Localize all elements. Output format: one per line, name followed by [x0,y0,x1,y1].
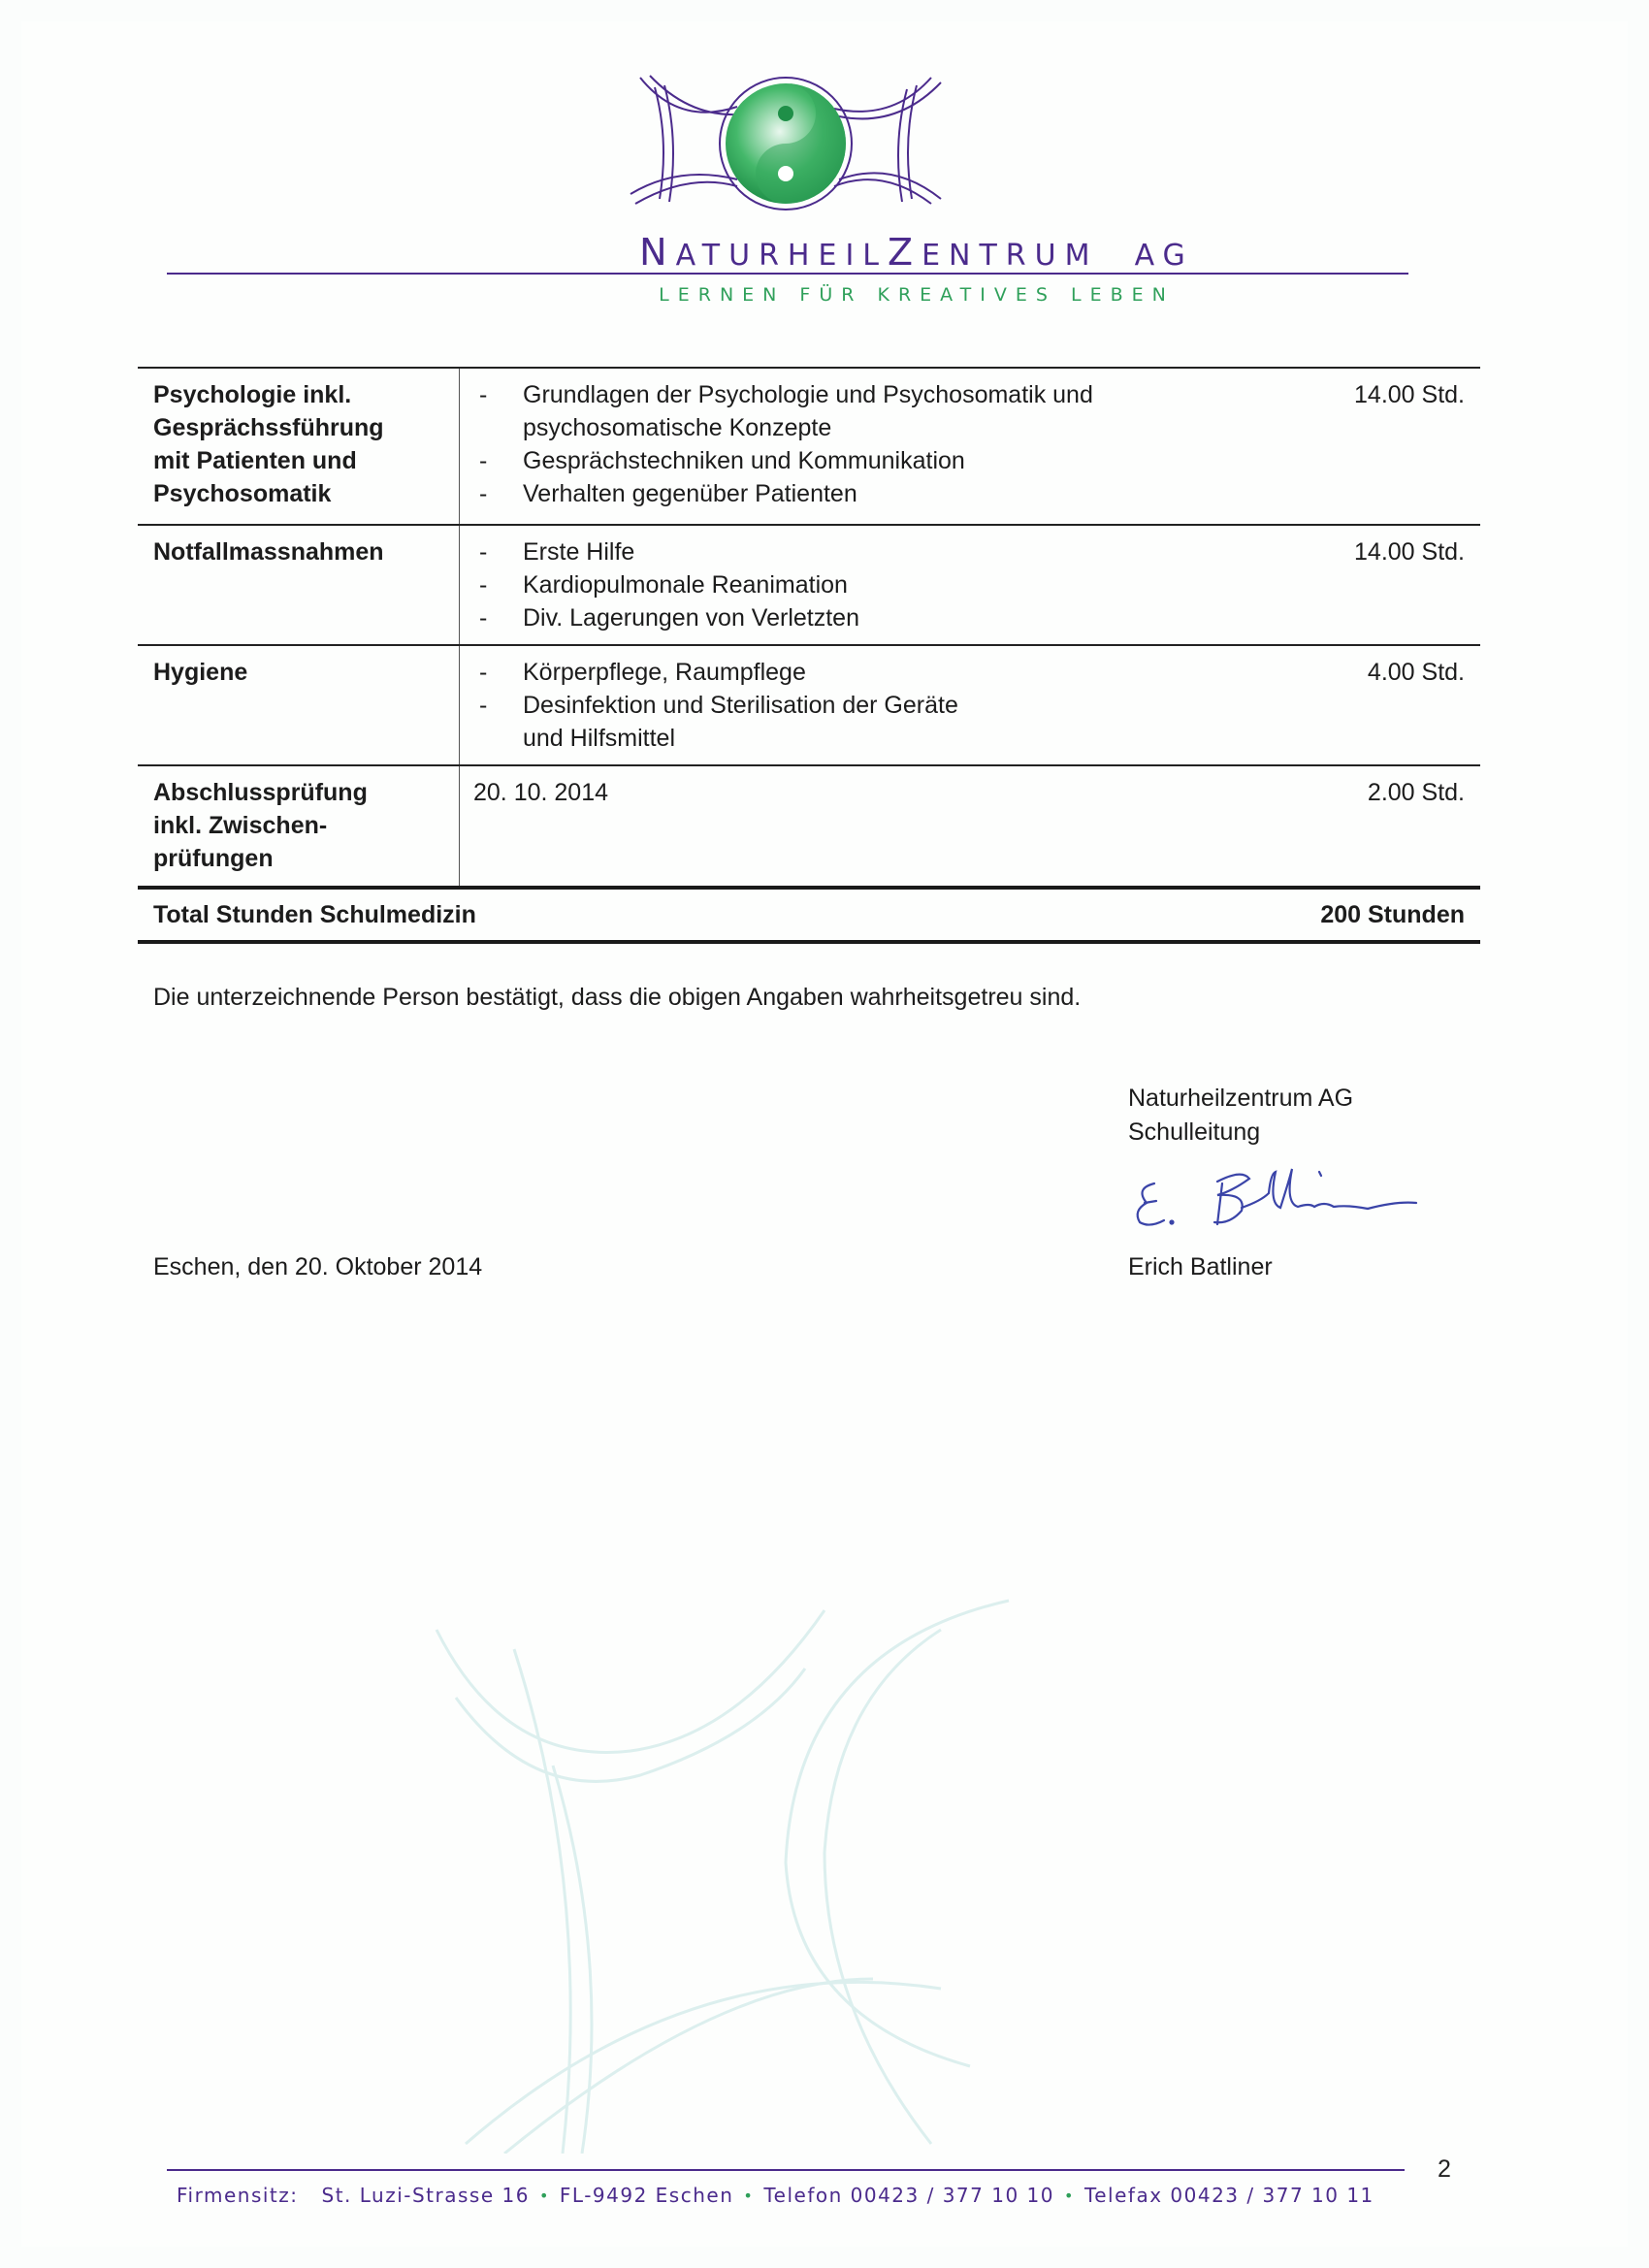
hours-cell: 14.00 Std. [1271,369,1480,524]
dash-bullet: - [479,444,523,477]
yin-yang-logo-icon [621,68,951,213]
list-item: -Erste Hilfe [479,535,1259,568]
subject-line: Psychologie inkl. [153,378,447,411]
subject-line: Psychosomatik [153,477,447,510]
subject-cell: Psychologie inkl. Gesprächssführung mit … [138,369,460,524]
dash-bullet: - [479,568,523,601]
company-name: NATURHEILZENTRUM AG [0,231,1649,274]
footer-fax: Telefax 00423 / 377 10 11 [1084,2184,1374,2207]
topic-text: Kardiopulmonale Reanimation [523,568,1259,601]
list-item: -Kardiopulmonale Reanimation [479,568,1259,601]
confirmation-text: Die unterzeichnende Person bestätigt, da… [153,984,1081,1012]
footer-address: St. Luzi-Strasse 16 [322,2184,530,2207]
exam-date-cell: 20. 10. 2014 [460,766,1271,886]
total-row: Total Stunden Schulmedizin 200 Stunden [138,886,1480,944]
signatory-role: Schulleitung [1128,1116,1353,1150]
curriculum-table: Psychologie inkl. Gesprächssführung mit … [138,367,1480,886]
topic-text: Grundlagen der Psychologie und Psychosom… [523,378,1259,444]
subject-cell: Abschlussprüfung inkl. Zwischen- prüfung… [138,766,460,886]
company-tagline: LERNEN FÜR KREATIVES LEBEN [0,284,1649,306]
topic-text: Erste Hilfe [523,535,1259,568]
subject-line: Notfallmassnahmen [153,535,447,568]
table-row: Hygiene -Körperpflege, Raumpflege -Desin… [138,644,1480,764]
signatory-name: Erich Batliner [1128,1253,1273,1281]
table-row: Notfallmassnahmen -Erste Hilfe -Kardiopu… [138,524,1480,644]
watermark-logo-icon [369,1571,1106,2154]
footer-city: FL-9492 Eschen [560,2184,733,2207]
table-row: Psychologie inkl. Gesprächssführung mit … [138,367,1480,524]
place-and-date: Eschen, den 20. Oktober 2014 [153,1253,482,1281]
topics-cell: -Erste Hilfe -Kardiopulmonale Reanimatio… [460,526,1271,644]
dash-bullet: - [479,656,523,689]
footer-label: Firmensitz: [177,2184,299,2207]
subject-line: Gesprächssführung [153,411,447,444]
subject-line: Abschlussprüfung [153,776,447,809]
subject-line: Hygiene [153,656,447,689]
brand-text-1: ATURHEIL [676,239,888,273]
dash-bullet: - [479,689,523,755]
subject-cell: Notfallmassnahmen [138,526,460,644]
subject-cell: Hygiene [138,646,460,764]
topics-cell: -Körperpflege, Raumpflege -Desinfektion … [460,646,1271,764]
bullet-separator-icon: • [743,2187,754,2205]
hours-cell: 2.00 Std. [1271,766,1480,886]
footer-divider [167,2169,1405,2171]
dash-bullet: - [479,601,523,634]
dash-bullet: - [479,378,523,444]
organization-name: Naturheilzentrum AG [1128,1082,1353,1116]
list-item: -Verhalten gegenüber Patienten [479,477,1259,510]
topic-text: Desinfektion und Sterilisation der Gerät… [523,689,969,755]
dash-bullet: - [479,535,523,568]
brand-initial-z: Z [888,231,921,274]
list-item: -Gesprächstechniken und Kommunikation [479,444,1259,477]
total-value: 200 Stunden [1320,901,1465,929]
hours-cell: 14.00 Std. [1271,526,1480,644]
topics-cell: -Grundlagen der Psychologie und Psychoso… [460,369,1271,524]
bullet-separator-icon: • [539,2187,550,2205]
brand-initial-n: N [639,231,675,274]
company-address-footer: Firmensitz: St. Luzi-Strasse 16 • FL-949… [177,2184,1374,2207]
bullet-separator-icon: • [1064,2187,1075,2205]
list-item: -Grundlagen der Psychologie und Psychoso… [479,378,1259,444]
subject-line: mit Patienten und [153,444,447,477]
list-item: -Desinfektion und Sterilisation der Gerä… [479,689,1259,755]
signatory-organization: Naturheilzentrum AG Schulleitung [1128,1082,1353,1150]
page-number: 2 [1438,2155,1451,2184]
list-item: -Körperpflege, Raumpflege [479,656,1259,689]
hours-cell: 4.00 Std. [1271,646,1480,764]
header-divider [167,273,1408,275]
topic-text: Div. Lagerungen von Verletzten [523,601,1259,634]
brand-suffix: AG [1135,239,1194,273]
topic-text: Körperpflege, Raumpflege [523,656,1259,689]
subject-line: prüfungen [153,842,447,875]
dash-bullet: - [479,477,523,510]
footer-phone: Telefon 00423 / 377 10 10 [763,2184,1054,2207]
list-item: -Div. Lagerungen von Verletzten [479,601,1259,634]
brand-text-2: ENTRUM [921,239,1098,273]
topic-text: Gesprächstechniken und Kommunikation [523,444,1259,477]
subject-line: inkl. Zwischen- [153,809,447,842]
handwritten-signature-icon [1125,1164,1474,1232]
topic-text: Verhalten gegenüber Patienten [523,477,1259,510]
total-label: Total Stunden Schulmedizin [153,901,476,929]
table-row: Abschlussprüfung inkl. Zwischen- prüfung… [138,764,1480,886]
